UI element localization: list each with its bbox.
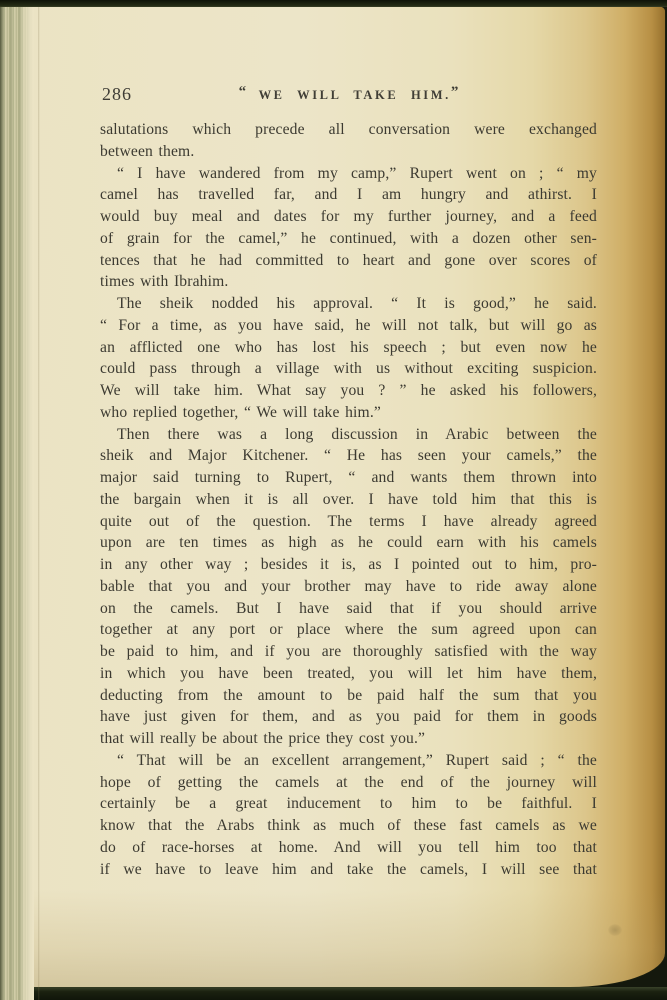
text-line: be paid to him, and if you are thoroughl…: [100, 641, 597, 663]
text-line: We will take him. What say you ? ” he as…: [100, 380, 597, 402]
book-page-scan: 286 “ WE WILL TAKE HIM.” salutations whi…: [0, 0, 667, 1000]
text-line: could pass through a village with us wit…: [100, 358, 597, 380]
text-line: hope of getting the camels at the end of…: [100, 772, 597, 794]
text-line: on the camels. But I have said that if y…: [100, 598, 597, 620]
text-line: would buy meal and dates for my further …: [100, 206, 597, 228]
text-line: The sheik nodded his approval. “ It is g…: [100, 293, 597, 315]
text-line: certainly be a great inducement to him t…: [100, 793, 597, 815]
text-line: quite out of the question. The terms I h…: [100, 511, 597, 533]
text-line: camel has travelled far, and I am hungry…: [100, 184, 597, 206]
running-header-title: WE WILL TAKE HIM.: [259, 88, 451, 102]
text-line: “ I have wandered from my camp,” Rupert …: [100, 163, 597, 185]
text-line: together at any port or place where the …: [100, 619, 597, 641]
page-header: 286 “ WE WILL TAKE HIM.”: [100, 84, 597, 106]
text-line: if we have to leave him and take the cam…: [100, 859, 597, 881]
text-line: bable that you and your brother may have…: [100, 576, 597, 598]
text-line: salutations which precede all conversati…: [100, 119, 597, 141]
gutter-crease-line: [38, 0, 40, 1000]
text-line: major said turning to Rupert, “ and want…: [100, 467, 597, 489]
text-line: know that the Arabs think as much of the…: [100, 815, 597, 837]
text-line: times with Ibrahim.: [100, 271, 597, 293]
page-gutter-edges: [0, 0, 34, 1000]
text-line: in which you have been treated, you will…: [100, 663, 597, 685]
text-line: tences that he had committed to heart an…: [100, 250, 597, 272]
text-line: sheik and Major Kitchener. “ He has seen…: [100, 445, 597, 467]
text-line: upon are ten times as high as he could e…: [100, 532, 597, 554]
text-line: of grain for the camel,” he continued, w…: [100, 228, 597, 250]
text-line: “ That will be an excellent arrangement,…: [100, 750, 597, 772]
text-line: deducting from the amount to be paid hal…: [100, 685, 597, 707]
text-line: have just given for them, and as you pai…: [100, 706, 597, 728]
text-line: do of race-horses at home. And will you …: [100, 837, 597, 859]
running-header: “ WE WILL TAKE HIM.”: [100, 87, 597, 104]
open-quote-mark: “: [239, 84, 247, 100]
paper-age-spot: [608, 924, 622, 936]
text-line: between them.: [100, 141, 597, 163]
text-block: salutations which precede all conversati…: [100, 119, 597, 880]
text-line: Then there was a long discussion in Arab…: [100, 424, 597, 446]
text-line: in any other way ; besides it is, as I p…: [100, 554, 597, 576]
binding-bottom-edge: [0, 987, 667, 1000]
text-line: who replied together, “ We will take him…: [100, 402, 597, 424]
text-line: that will really be about the price they…: [100, 728, 597, 750]
text-line: “ For a time, as you have said, he will …: [100, 315, 597, 337]
close-quote-mark: ”: [451, 84, 459, 100]
text-line: an afflicted one who has lost his speech…: [100, 337, 597, 359]
text-line: the bargain when it is all over. I have …: [100, 489, 597, 511]
binding-top-edge: [0, 0, 667, 7]
